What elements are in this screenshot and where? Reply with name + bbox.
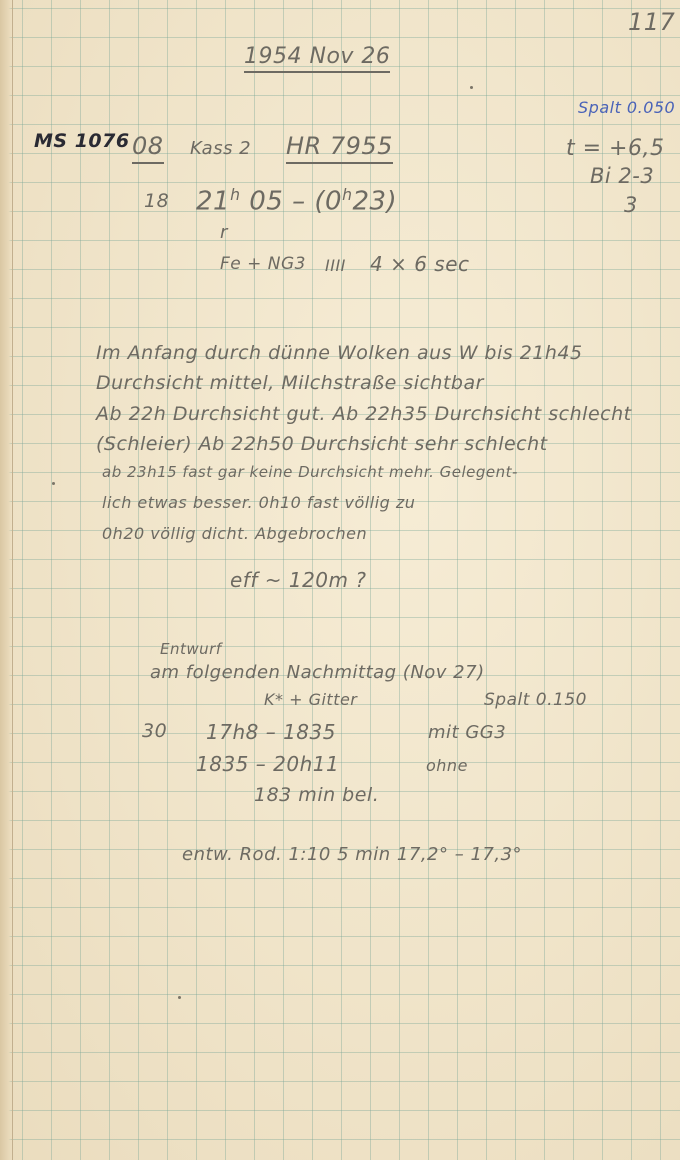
time-end-hours: – (0 [292,187,342,217]
exposure-time-range: 21h 05 – (0h23) [196,186,397,217]
paper-speck [178,996,181,999]
cassette-label: Kass 2 [190,138,251,159]
note-line-4: (Schleier) Ab 22h50 Durchsicht sehr schl… [96,433,548,455]
development-row1-number: 30 [142,720,167,742]
time-start-hours: 21 [196,187,230,217]
note-line-7: 0h20 völlig dicht. Abgebrochen [102,524,367,543]
observation-code: 08 [132,132,164,164]
exposure-count: 4 × 6 sec [370,252,470,276]
binding-edge [0,0,13,1160]
star-designation: HR 7955 [286,132,393,164]
developer-info: entw. Rod. 1:10 5 min 17,2° – 17,3° [182,844,522,865]
note-line-1: Im Anfang durch dünne Wolken aus W bis 2… [96,342,583,364]
plate-count: 18 [144,190,169,212]
effective-exposure: eff ~ 120m ? [230,568,367,592]
paper-speck [52,482,55,485]
development-row2-time: 1835 – 20h11 [196,752,339,776]
page-number: 117 [628,8,675,36]
development-line-1: am folgenden Nachmittag (Nov 27) [150,662,485,683]
time-start-unit: h [230,186,240,204]
notebook-page: 117 1954 Nov 26 Spalt 0.050 MS 1076 08 K… [0,0,680,1160]
development-row1-time: 17h8 – 1835 [206,720,336,744]
seeing-value: 3 [624,193,638,217]
time-end-minutes: 23) [352,187,397,217]
development-title: Entwurf [160,640,222,658]
r-mark: r [220,222,228,243]
development-row2-note: ohne [426,756,468,775]
tally-marks: IIII [325,256,346,275]
note-line-6: lich etwas besser. 0h10 fast völlig zu [102,493,415,512]
note-line-3: Ab 22h Durchsicht gut. Ab 22h35 Durchsic… [96,403,632,425]
temperature: t = +6,5 [566,136,664,161]
seeing: Bi 2-3 [590,164,654,188]
note-line-5: ab 23h15 fast gar keine Durchsicht mehr.… [102,463,518,481]
development-filter: K* + Gitter [264,690,357,709]
time-end-unit: h [342,186,352,204]
development-slit: Spalt 0.150 [484,690,587,710]
slit-note: Spalt 0.050 [578,98,675,117]
comparison-source: Fe + NG3 [220,254,306,274]
plate-id: MS 1076 [34,130,130,152]
date-heading: 1954 Nov 26 [244,44,390,73]
time-start-minutes: 05 [249,187,283,217]
development-total: 183 min bel. [254,784,379,806]
note-line-2: Durchsicht mittel, Milchstraße sichtbar [96,372,484,394]
paper-speck [470,86,473,89]
development-row1-note: mit GG3 [428,722,506,743]
